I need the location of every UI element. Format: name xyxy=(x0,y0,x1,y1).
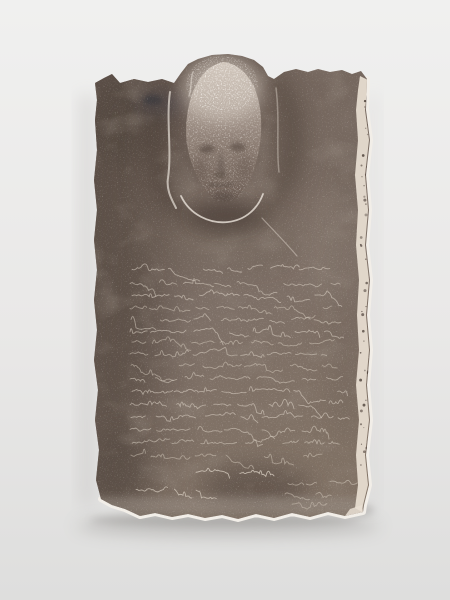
deckle-speck xyxy=(362,154,365,157)
deckle-speck xyxy=(363,199,366,202)
deckle-speck xyxy=(364,370,366,372)
deckle-speck xyxy=(363,404,366,407)
deckle-speck xyxy=(361,444,362,445)
deckle-speck xyxy=(360,244,362,246)
deckle-speck xyxy=(360,236,363,239)
deckle-speck xyxy=(367,134,368,135)
deckle-speck xyxy=(361,165,363,167)
deckle-speck xyxy=(363,289,366,292)
deckle-speck xyxy=(363,340,364,341)
deckle-speck xyxy=(362,330,365,333)
deckle-speck xyxy=(361,176,362,177)
deckle-speck xyxy=(365,282,368,285)
deckle-speck xyxy=(363,427,364,428)
deckle-speck xyxy=(363,196,365,198)
deckle-speck xyxy=(359,379,362,382)
deckle-speck xyxy=(360,409,363,412)
deckle-speck xyxy=(360,352,362,354)
deckle-speck xyxy=(365,203,367,205)
deckle-speck xyxy=(361,311,362,312)
deckle-speck xyxy=(363,185,365,187)
artwork-sheet xyxy=(87,48,376,524)
deckle-speck xyxy=(360,423,362,425)
deckle-speck xyxy=(364,106,365,107)
artwork-photograph xyxy=(0,0,450,600)
deckle-speck xyxy=(365,306,366,307)
deckle-speck xyxy=(365,213,368,216)
deckle-speck xyxy=(365,128,366,129)
gallery-wall xyxy=(0,0,450,600)
deckle-speck xyxy=(361,313,364,316)
deckle-speck xyxy=(363,450,366,453)
deckle-speck xyxy=(365,259,366,260)
deckle-speck xyxy=(365,400,366,401)
deckle-speck xyxy=(364,100,366,102)
deckle-speck xyxy=(360,464,362,466)
